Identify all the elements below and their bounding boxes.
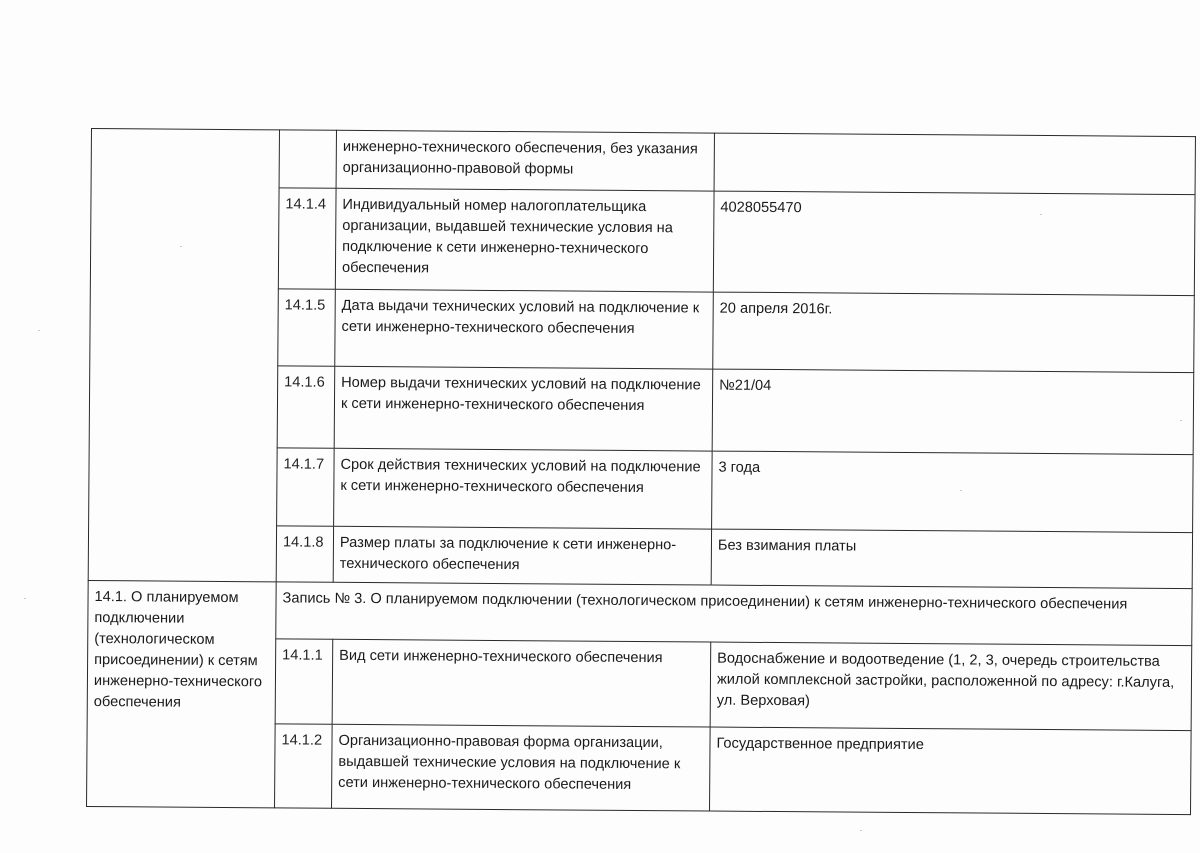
row-label: инженерно-технического обеспечения, без …	[336, 130, 714, 191]
scan-speck	[1180, 420, 1182, 421]
scan-speck	[860, 830, 862, 831]
scanned-page: инженерно-технического обеспечения, без …	[0, 0, 1200, 853]
row-number: 14.1.8	[276, 526, 333, 582]
row-value: Государственное предприятие	[710, 727, 1192, 815]
scan-speck	[180, 246, 182, 247]
record-header: Запись № 3. О планируемом подключении (т…	[276, 582, 1192, 646]
document-sheet: инженерно-технического обеспечения, без …	[86, 128, 1195, 815]
row-number: 14.1.5	[278, 289, 336, 366]
row-value: 20 апреля 2016г.	[713, 292, 1195, 373]
section-title-cell-empty	[88, 129, 279, 582]
row-number: 14.1.6	[277, 366, 335, 448]
row-value: Без взимания платы	[711, 529, 1192, 589]
row-value: №21/04	[712, 369, 1194, 455]
row-label: Индивидуальный номер налогоплательщика о…	[335, 188, 714, 292]
scan-speck	[960, 490, 962, 491]
table-row: 14.1. О планируемом подключении (техноло…	[88, 580, 1192, 645]
row-number	[279, 130, 336, 188]
table-row: инженерно-технического обеспечения, без …	[91, 129, 1195, 195]
row-label: Номер выдачи технических условий на подк…	[334, 366, 713, 451]
row-value: 3 года	[712, 451, 1194, 533]
row-number: 14.1.7	[277, 448, 335, 526]
row-label: Размер платы за подключение к сети инжен…	[333, 526, 711, 585]
row-number: 14.1.4	[278, 188, 336, 289]
row-value	[714, 133, 1195, 195]
scan-speck	[38, 330, 40, 331]
scan-speck	[1040, 214, 1042, 215]
row-label: Дата выдачи технических условий на подкл…	[335, 289, 714, 369]
scan-speck	[24, 598, 26, 599]
row-number: 14.1.2	[275, 724, 333, 808]
section-title: 14.1. О планируемом подключении (техноло…	[87, 580, 277, 807]
row-number: 14.1.1	[275, 639, 333, 724]
row-label: Организационно-правовая форма организаци…	[332, 724, 711, 811]
row-value: 4028055470	[713, 191, 1195, 296]
row-value: Водоснабжение и водоотведение (1, 2, 3, …	[710, 642, 1192, 731]
row-label: Срок действия технических условий на под…	[334, 448, 713, 529]
connection-info-table: инженерно-технического обеспечения, без …	[86, 128, 1196, 815]
row-label: Вид сети инженерно-технического обеспече…	[332, 639, 711, 727]
